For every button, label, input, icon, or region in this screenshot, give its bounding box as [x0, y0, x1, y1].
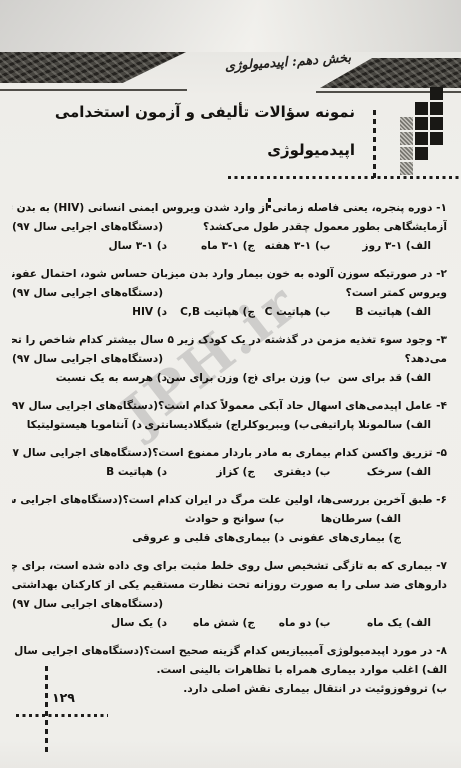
option-jim: ج) وزن برای سن — [167, 369, 255, 388]
question-1-source-tag: (دستگاه‌های اجرایی سال ۹۷) — [12, 218, 163, 237]
option-be: ب) ۱-۳ هفته — [255, 237, 330, 256]
question-6-stem: ۶- طبق آخرین بررسی‌ها، اولین علت مرگ در … — [123, 491, 447, 510]
question-8: ۸- در مورد اپیدمیولوژی آمیبیازیس کدام گز… — [12, 642, 447, 699]
dotted-horizontal-divider — [228, 176, 459, 179]
question-3-source-tag: (دستگاه‌های اجرایی سال ۹۷) — [12, 350, 163, 369]
question-4-text: ۴- عامل اپیدمی‌های اسهال حاد آبکی معمولا… — [12, 397, 447, 416]
square-black — [430, 87, 443, 100]
option-be: ب) سوانح و حوادث — [12, 510, 284, 529]
square-gray — [400, 132, 413, 145]
squares-pattern-decoration — [400, 87, 443, 175]
option-be: ب) دیفتری — [255, 463, 330, 482]
option-be: ب) تروفوزوئیت در انتقال بیماری نقش اصلی … — [12, 680, 447, 699]
square-black — [415, 132, 428, 145]
question-3-text: ۳- وجود سوء تغذیه مزمن در گذشته در یک کو… — [12, 331, 447, 350]
question-3-text-continued: می‌دهد؟ (دستگاه‌های اجرایی سال ۹۷) — [12, 350, 447, 369]
header-rule-left — [0, 89, 187, 91]
question-6: ۶- طبق آخرین بررسی‌ها، اولین علت مرگ در … — [12, 491, 447, 548]
option-alef: الف) سالمونلا پاراتیفی — [310, 416, 432, 435]
option-jim: ج) هپاتیت C,B — [167, 303, 255, 322]
option-dal: د) یک سال — [12, 614, 167, 633]
scanned-book-page: بخش دهم: اپیدمیولوژی نمونه سؤالات تألیفی… — [0, 0, 461, 768]
question-6-text: ۶- طبق آخرین بررسی‌ها، اولین علت مرگ در … — [12, 491, 447, 510]
footer-dotted-horizontal-line — [16, 714, 108, 717]
option-dal: د) هپاتیت B — [12, 463, 167, 482]
square-empty — [430, 147, 443, 160]
option-jim: ج) شش ماه — [167, 614, 255, 633]
option-jim: ج) ۱-۳ ماه — [167, 237, 255, 256]
question-1-text: ۱- دوره پنجره، یعنی فاصله زمانی از وارد … — [12, 199, 447, 218]
square-empty — [430, 162, 443, 175]
question-8-text: ۸- در مورد اپیدمیولوژی آمیبیازیس کدام گز… — [12, 642, 447, 661]
option-dal: د) آنتاموبا هیستولیتیکا — [12, 416, 142, 435]
option-dal: د) HIV — [12, 303, 167, 322]
question-2-options: الف) هپاتیت B ب) هپاتیت C ج) هپاتیت C,B … — [12, 303, 447, 322]
question-1-tail: آزمایشگاهی بطور معمول چقدر طول می‌کشد؟ — [203, 218, 447, 237]
question-5-stem: ۵- تزریق واکسن کدام بیماری به مادر باردا… — [152, 444, 447, 463]
question-5-options: الف) سرخک ب) دیفتری ج) کزاز د) هپاتیت B — [12, 463, 447, 482]
option-alef: الف) ۱-۳ روز — [330, 237, 431, 256]
page-top-shading — [0, 0, 461, 52]
dotted-vertical-divider — [373, 110, 376, 178]
option-be: ب) هپاتیت C — [255, 303, 330, 322]
question-2: ۲- در صورتیکه سوزن آلوده به خون بیمار وا… — [12, 265, 447, 322]
option-be: ب) ویبریوکلرا — [238, 416, 309, 435]
question-1-options: الف) ۱-۳ روز ب) ۱-۳ هفته ج) ۱-۳ ماه د) ۱… — [12, 237, 447, 256]
square-gray — [400, 162, 413, 175]
question-2-text: ۲- در صورتیکه سوزن آلوده به خون بیمار وا… — [12, 265, 447, 284]
option-jim: ج) بیماری‌های عفونی — [284, 529, 401, 548]
square-empty — [415, 162, 428, 175]
question-7-source-tag: (دستگاه‌های اجرایی سال ۹۷) — [12, 595, 163, 614]
square-empty — [400, 87, 413, 100]
question-6-options-row-1: الف) سرطان‌ها ب) سوانح و حوادث — [12, 510, 447, 529]
option-alef: الف) اغلب موارد بیماری همراه با تظاهرات … — [12, 661, 447, 680]
square-black — [415, 117, 428, 130]
question-3: ۳- وجود سوء تغذیه مزمن در گذشته در یک کو… — [12, 331, 447, 388]
option-alef: الف) یک ماه — [330, 614, 431, 633]
question-7: ۷- بیماری که به تازگی تشخیص سل روی خلط م… — [12, 557, 447, 633]
question-3-options: الف) قد برای سن ب) وزن برای قد ج) وزن بر… — [12, 369, 447, 388]
question-4-options: الف) سالمونلا پاراتیفی ب) ویبریوکلرا ج) … — [12, 416, 447, 435]
question-1-text-continued: آزمایشگاهی بطور معمول چقدر طول می‌کشد؟ (… — [12, 218, 447, 237]
question-4: ۴- عامل اپیدمی‌های اسهال حاد آبکی معمولا… — [12, 397, 447, 435]
page-subtitle: اپیدمیولوژی — [267, 141, 355, 159]
question-6-source-tag: (دستگاه‌های اجرایی سال ۹۷) — [12, 491, 123, 510]
option-alef: الف) قد برای سن — [330, 369, 431, 388]
question-2-text-continued: ویروس کمتر است؟ (دستگاه‌های اجرایی سال ۹… — [12, 284, 447, 303]
square-gray — [400, 147, 413, 160]
square-black — [430, 117, 443, 130]
question-5-source-tag: (دستگاه‌های اجرایی سال ۹۷) — [12, 444, 152, 463]
question-4-stem: ۴- عامل اپیدمی‌های اسهال حاد آبکی معمولا… — [158, 397, 447, 416]
option-be: ب) دو ماه — [255, 614, 330, 633]
square-black — [415, 147, 428, 160]
option-be: ب) وزن برای قد — [255, 369, 330, 388]
question-7-text: ۷- بیماری که به تازگی تشخیص سل روی خلط م… — [12, 557, 447, 576]
option-dal: د) ۱-۳ سال — [12, 237, 167, 256]
question-7-options: الف) یک ماه ب) دو ماه ج) شش ماه د) یک سا… — [12, 614, 447, 633]
option-dal: د) بیماری‌های قلبی و عروقی — [12, 529, 284, 548]
question-5: ۵- تزریق واکسن کدام بیماری به مادر باردا… — [12, 444, 447, 482]
question-7-source-row: (دستگاه‌های اجرایی سال ۹۷) — [12, 595, 447, 614]
question-8-stem: ۸- در مورد اپیدمیولوژی آمیبیازیس کدام گز… — [144, 642, 447, 661]
square-black — [415, 102, 428, 115]
option-dal: د) هرسه به یک نسبت — [12, 369, 167, 388]
square-gray — [400, 117, 413, 130]
option-jim: ج) شیگلادیسانتری — [142, 416, 238, 435]
option-alef: الف) سرطان‌ها — [284, 510, 401, 529]
page-title: نمونه سؤالات تألیفی و آزمون استخدامی — [55, 103, 355, 121]
question-1: ۱- دوره پنجره، یعنی فاصله زمانی از وارد … — [12, 199, 447, 256]
square-black — [430, 132, 443, 145]
question-4-source-tag: (دستگاه‌های اجرایی سال ۹۷) — [12, 397, 158, 416]
square-empty — [400, 102, 413, 115]
question-2-tail: ویروس کمتر است؟ — [346, 284, 447, 303]
questions-list: ۱- دوره پنجره، یعنی فاصله زمانی از وارد … — [0, 199, 461, 708]
question-6-options-row-2: ج) بیماری‌های عفونی د) بیماری‌های قلبی و… — [12, 529, 447, 548]
question-5-text: ۵- تزریق واکسن کدام بیماری به مادر باردا… — [12, 444, 447, 463]
square-empty — [415, 87, 428, 100]
option-alef: الف) هپاتیت B — [330, 303, 431, 322]
question-7-text-continued: داروهای ضد سلی را به صورت روزانه تحت نظا… — [12, 576, 447, 595]
header-band-left — [0, 52, 186, 83]
question-3-tail: می‌دهد؟ — [405, 350, 447, 369]
question-2-source-tag: (دستگاه‌های اجرایی سال ۹۷) — [12, 284, 163, 303]
option-alef: الف) سرخک — [330, 463, 431, 482]
option-jim: ج) کزاز — [167, 463, 255, 482]
square-black — [430, 102, 443, 115]
question-8-source-tag: (دستگاه‌های اجرایی سال ۹۷) — [12, 642, 144, 661]
